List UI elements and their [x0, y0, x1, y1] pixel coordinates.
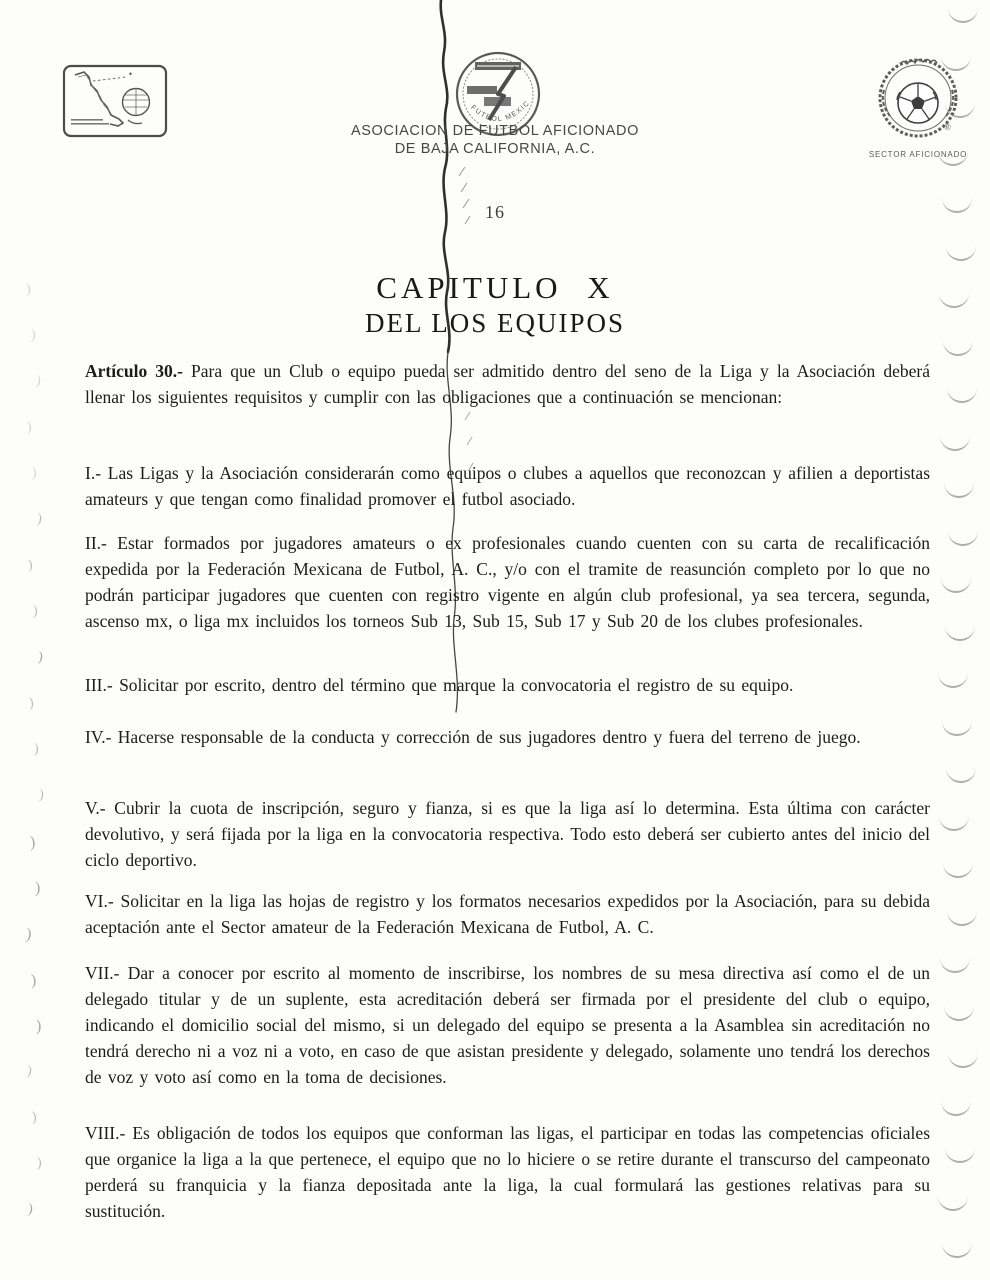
paragraph-lead: VII.-: [85, 963, 120, 983]
binding-arc-icon: [947, 911, 977, 926]
binding-shadow-mark: ): [32, 466, 37, 482]
paragraph-text: Estar formados por jugadores amateurs o …: [85, 533, 930, 631]
binding-shadow-mark: ): [25, 926, 33, 945]
binding-shadow-mark: ): [26, 420, 32, 436]
paragraph-text: Es obligación de todos los equipos que c…: [85, 1123, 930, 1221]
paragraph-fraccion-iii: III.- Solicitar por escrito, dentro del …: [85, 672, 930, 698]
binding-arc-icon: [945, 626, 975, 641]
binding-shadow-mark: ): [35, 880, 41, 898]
sector-aficionado-crest-icon: ®: [870, 56, 966, 144]
registered-trademark-icon: ®: [944, 122, 951, 132]
binding-shadow-mark: ): [34, 742, 39, 758]
binding-arc-icon: [947, 388, 977, 403]
paragraph-text: Solicitar en la liga las hojas de regist…: [85, 891, 930, 937]
binding-shadow-mark: ): [27, 558, 33, 574]
paragraph-lead: VIII.-: [85, 1123, 125, 1143]
binding-shadow-mark: ): [26, 1064, 33, 1080]
organization-name: ASOCIACION DE FUTBOL AFICIONADO DE BAJA …: [0, 122, 990, 158]
paragraph-lead: V.-: [85, 798, 106, 818]
paragraph-fraccion-iv: IV.- Hacerse responsable de la conducta …: [85, 724, 930, 750]
chapter-title: CAPITULO X DEL LOS EQUIPOS: [0, 270, 990, 340]
chapter-title-line2: DEL LOS EQUIPOS: [0, 306, 990, 340]
binding-arc-icon: [941, 1101, 971, 1116]
paragraph-lead: I.-: [85, 463, 101, 483]
paragraph-lead: II.-: [85, 533, 107, 553]
binding-shadow-mark: ): [28, 696, 34, 712]
binding-arc-icon: [948, 8, 978, 23]
paragraph-text: Solicitar por escrito, dentro del términ…: [119, 675, 793, 695]
binding-arc-icon: [946, 768, 976, 783]
page-number: 16: [0, 202, 990, 223]
paragraph-fraccion-ii: II.- Estar formados por jugadores amateu…: [85, 530, 930, 634]
binding-arc-icon: [938, 1196, 968, 1211]
binding-shadow-mark: ): [36, 1018, 42, 1036]
sector-aficionado-caption: SECTOR AFICIONADO: [866, 150, 970, 159]
binding-arc-icon: [944, 1006, 974, 1021]
paragraph-text: Las Ligas y la Asociación considerarán c…: [85, 463, 930, 509]
binding-shadow-mark: ): [36, 512, 43, 528]
paragraph-text: Para que un Club o equipo pueda ser admi…: [85, 361, 930, 407]
paragraph-fraccion-i: I.- Las Ligas y la Asociación considerar…: [85, 460, 930, 512]
binding-shadow-mark: ): [37, 650, 44, 666]
paragraph-fraccion-v: V.- Cubrir la cuota de inscripción, segu…: [85, 795, 930, 873]
paragraph-lead: Artículo 30.-: [85, 361, 183, 381]
binding-arc-icon: [943, 863, 973, 878]
binding-shadow-mark: ): [27, 1202, 34, 1218]
binding-arc-icon: [938, 673, 968, 688]
binding-shadow-mark: ): [30, 972, 37, 990]
binding-shadow-mark: ): [33, 604, 38, 620]
binding-arc-icon: [948, 531, 978, 546]
binding-arc-icon: [946, 246, 976, 261]
binding-shadow-mark: ): [31, 1110, 37, 1126]
chapter-title-line1: CAPITULO X: [0, 270, 990, 306]
binding-arc-icon: [945, 1148, 975, 1163]
binding-arc-icon: [939, 816, 969, 831]
binding-shadow-mark: ): [37, 1156, 42, 1172]
binding-arc-icon: [942, 721, 972, 736]
paragraph-lead: VI.-: [85, 891, 114, 911]
paragraph-fraccion-vi: VI.- Solicitar en la liga las hojas de r…: [85, 888, 930, 940]
sector-aficionado-crest: ® SECTOR AFICIONADO: [866, 56, 970, 159]
binding-arc-icon: [941, 578, 971, 593]
paragraph-text: Cubrir la cuota de inscripción, seguro y…: [85, 798, 930, 870]
binding-shadow-mark: ): [29, 834, 36, 852]
binding-shadow-mark: ): [35, 374, 42, 390]
binding-arc-icon: [942, 1243, 972, 1258]
organization-name-line2: DE BAJA CALIFORNIA, A.C.: [0, 140, 990, 158]
paragraph-fraccion-vii: VII.- Dar a conocer por escrito al momen…: [85, 960, 930, 1090]
organization-name-line1: ASOCIACION DE FUTBOL AFICIONADO: [0, 122, 990, 140]
paragraph-articulo-30: Artículo 30.- Para que un Club o equipo …: [85, 358, 930, 410]
binding-arc-icon: [948, 1053, 978, 1068]
binding-shadow-mark: ): [38, 788, 45, 804]
binding-arc-icon: [943, 341, 973, 356]
binding-arc-icon: [940, 436, 970, 451]
margin-marks-left: ))))))))))))))))))))): [0, 0, 60, 1280]
svg-text:✦: ✦: [128, 71, 133, 78]
paragraph-text: Dar a conocer por escrito al momento de …: [85, 963, 930, 1087]
binding-strip-right: [930, 0, 990, 1280]
paragraph-lead: IV.-: [85, 727, 111, 747]
paragraph-fraccion-viii: VIII.- Es obligación de todos los equipo…: [85, 1120, 930, 1224]
paragraph-lead: III.-: [85, 675, 113, 695]
binding-arc-icon: [940, 958, 970, 973]
paragraph-text: Hacerse responsable de la conducta y cor…: [118, 727, 861, 747]
binding-arc-icon: [944, 483, 974, 498]
